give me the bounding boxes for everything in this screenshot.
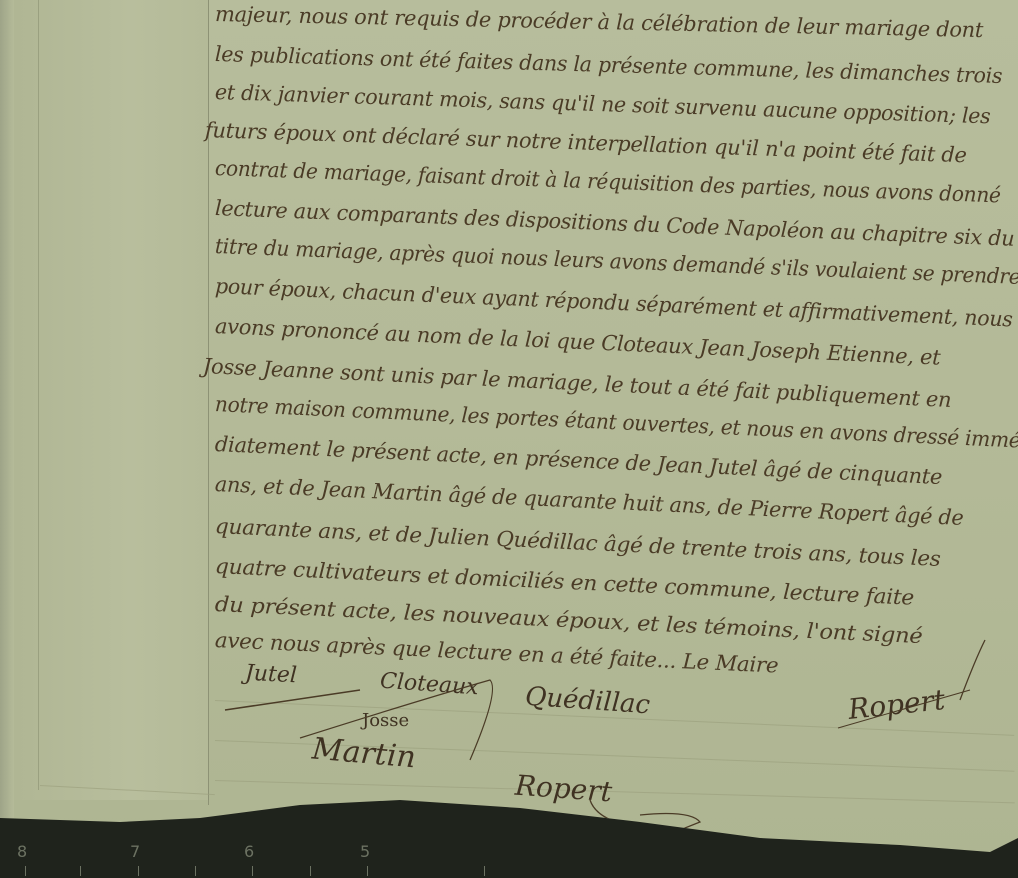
ruler-tick: [367, 866, 368, 876]
ruler-tick: [138, 866, 139, 876]
ruler-tick: [310, 866, 311, 876]
ruler-tick: [195, 866, 196, 876]
ruler-tick: [25, 866, 26, 876]
signature-block: Jutel Cloteaux Quédillac Ropert Josse Ma…: [0, 0, 1018, 878]
signature-flourishes: [0, 0, 1018, 878]
ruler-label: 5: [360, 842, 370, 861]
ruler-label: 6: [244, 842, 254, 861]
measurement-ruler: 8 7 6 5: [0, 818, 1018, 878]
ruler-label: 7: [130, 842, 140, 861]
ruler-tick: [80, 866, 81, 876]
register-page: majeur, nous ont requis de procéder à la…: [0, 0, 1018, 878]
ruler-label: 8: [17, 842, 27, 861]
ruler-tick: [484, 866, 485, 876]
ruler-tick: [252, 866, 253, 876]
